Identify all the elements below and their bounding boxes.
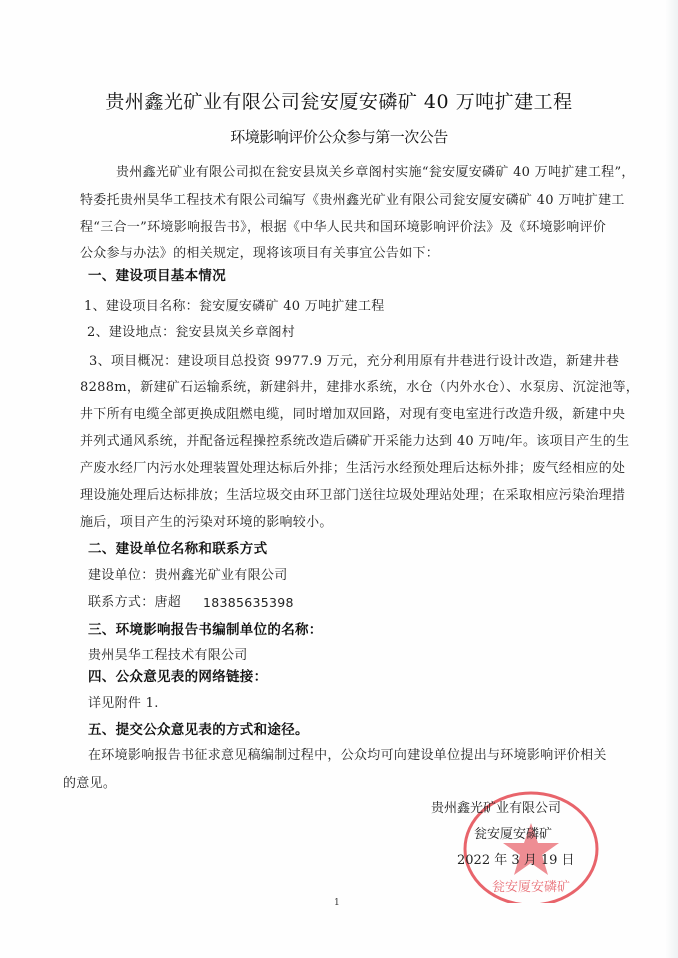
intro-line: 贵州鑫光矿业有限公司拟在瓮安县岚关乡章阁村实施“瓮安厦安磷矿 40 万吨扩建工程…	[116, 165, 610, 181]
document-title: 贵州鑫光矿业有限公司瓮安厦安磷矿 40 万吨扩建工程	[0, 87, 678, 114]
signature-date: 2022 年 3 月 19 日	[457, 849, 575, 868]
intro-line: 程“三合一”环境影响报告书》，根据《中华人民共和国环境影响评价法》及《环境影响评…	[80, 220, 610, 236]
report-preparer: 贵州昊华工程技术有限公司	[88, 648, 618, 664]
section-heading-3: 三、环境影响报告书编制单位的名称：	[88, 622, 618, 638]
section-heading-5: 五、提交公众意见表的方式和途径。	[88, 722, 618, 738]
document-page: 贵州鑫光矿业有限公司瓮安厦安磷矿 40 万吨扩建工程 环境影响评价公众参与第一次…	[0, 0, 678, 958]
section-heading-2: 二、建设单位名称和联系方式	[88, 541, 618, 557]
attachment-link[interactable]: 详见附件 1.	[88, 696, 618, 712]
section-heading-1: 一、建设项目基本情况	[88, 268, 618, 284]
project-overview-line: 井下所有电缆全部更换成阻燃电缆，同时增加双回路，对现有变电室进行改造升级，新建中…	[80, 407, 610, 423]
project-overview-line: 3、项目概况：建设项目总投资 9977.9 万元，充分利用原有井巷进行设计改造，…	[89, 354, 619, 370]
intro-line: 特委托贵州昊华工程技术有限公司编写《贵州鑫光矿业有限公司瓮安厦安磷矿 40 万吨…	[80, 193, 610, 209]
project-location: 2、建设地点：瓮安县岚关乡章阁村	[87, 325, 617, 341]
signature-mine: 瓮安厦安磷矿	[474, 823, 552, 842]
project-overview-line: 施后，项目产生的污染对环境的影响较小。	[80, 515, 610, 531]
intro-line: 公众参与办法》的相关规定，现将该项目有关事宜公告如下：	[80, 246, 610, 262]
project-name: 1、建设项目名称：瓮安厦安磷矿 40 万吨扩建工程	[84, 299, 614, 315]
contact-phone: 18385635398	[203, 595, 678, 611]
document-subtitle: 环境影响评价公众参与第一次公告	[0, 126, 678, 147]
project-overview-line: 理设施处理后达标排放；生活垃圾交由环卫部门送往垃圾处理站处理；在采取相应污染治理…	[80, 488, 610, 504]
construction-unit: 建设单位：贵州鑫光矿业有限公司	[88, 568, 618, 584]
signature-company: 贵州鑫光矿业有限公司	[431, 797, 561, 816]
svg-text:瓮安厦安磷矿: 瓮安厦安磷矿	[492, 879, 570, 895]
submission-text: 在环境影响报告书征求意见稿编制过程中，公众均可向建设单位提出与环境影响评价相关	[88, 748, 618, 764]
page-number: 1	[334, 898, 340, 908]
section-heading-4: 四、公众意见表的网络链接：	[88, 669, 618, 685]
project-overview-line: 并列式通风系统，并配备远程操控系统改造后磷矿开采能力达到 40 万吨/年。该项目…	[80, 434, 610, 450]
project-overview-line: 8288m，新建矿石运输系统，新建斜井，建排水系统，水仓（内外水仓）、水泵房、沉…	[80, 380, 610, 396]
project-overview-line: 产废水经厂内污水处理装置处理达标后外排；生活污水经预处理后达标外排；废气经相应的…	[80, 461, 610, 477]
